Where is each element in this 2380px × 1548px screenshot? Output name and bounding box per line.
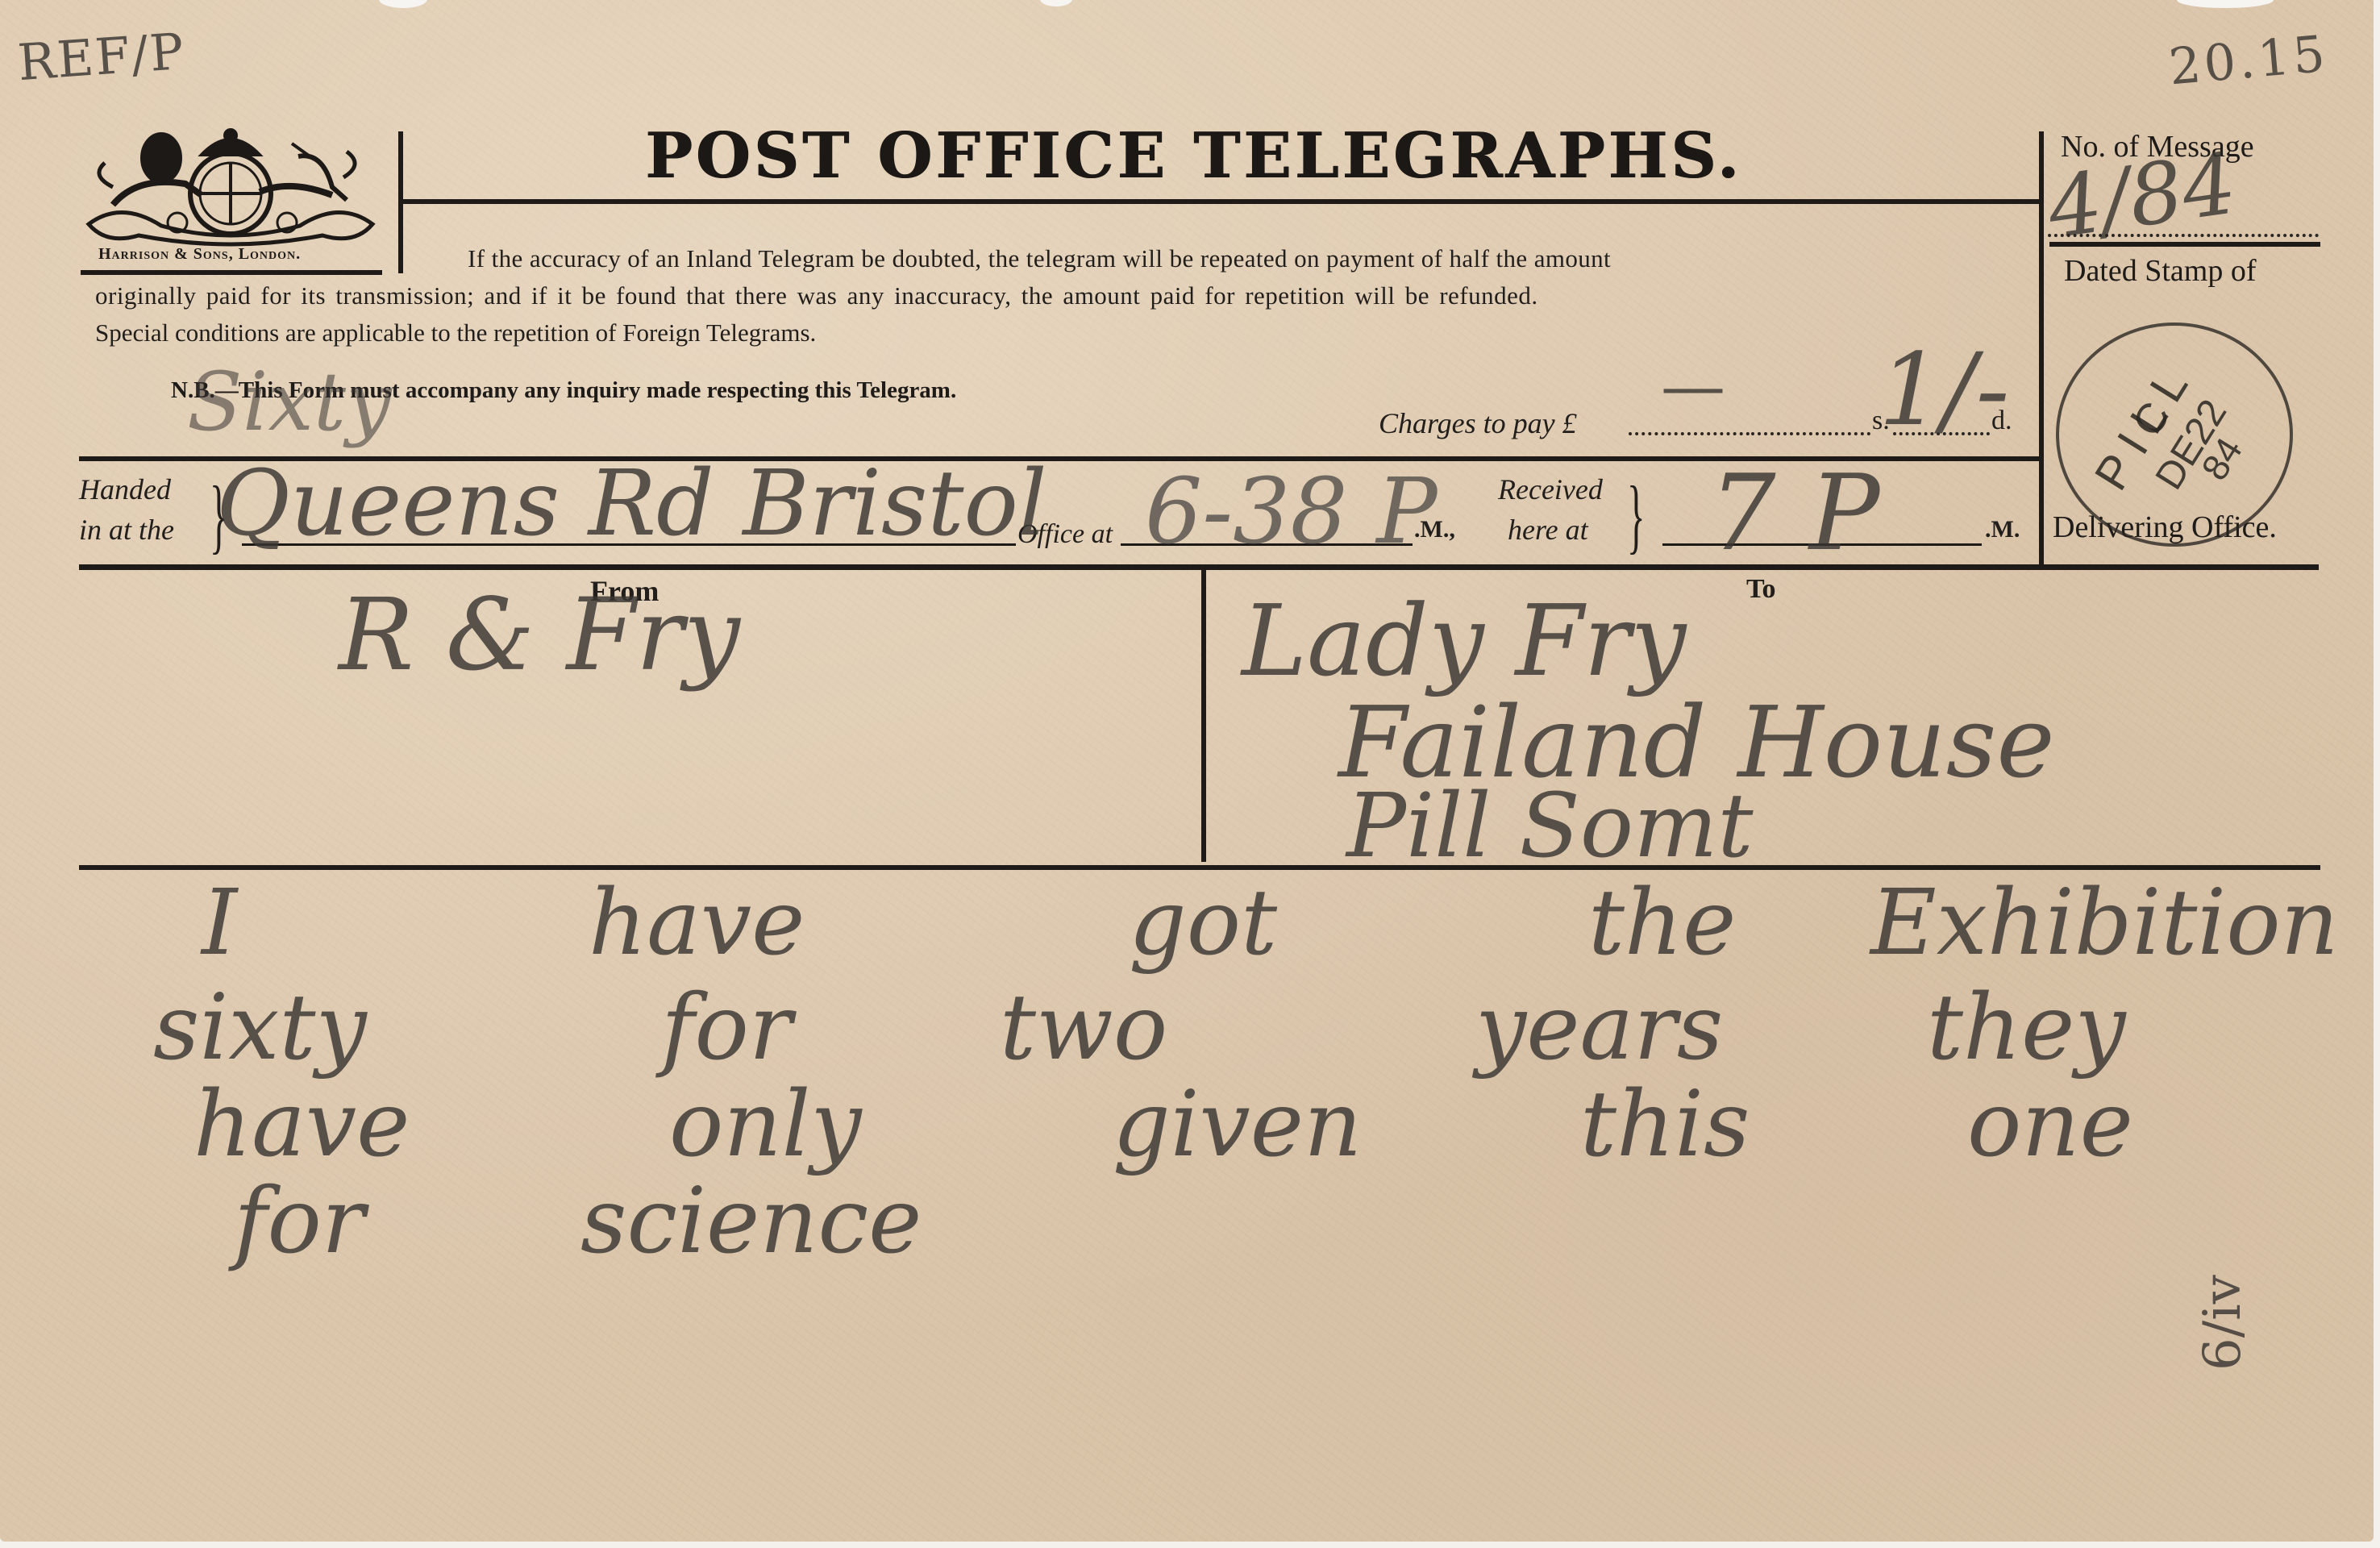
notice-line-1: If the accuracy of an Inland Telegram be…	[468, 240, 2024, 277]
from-to-divider	[1201, 567, 1206, 862]
msg-word: years	[1475, 976, 1723, 1080]
right-box-rule	[2049, 242, 2320, 247]
handed-in-bottom-rule	[79, 564, 2319, 570]
msg-word: got	[1129, 871, 1277, 976]
msg-word: science	[580, 1169, 922, 1274]
archive-mark-number: 20.15	[2166, 24, 2330, 97]
printer-credit: Harrison & Sons, London.	[98, 245, 301, 264]
msg-word: this	[1580, 1072, 1750, 1177]
to-line-1: Lady Fry	[1242, 584, 1686, 698]
to-label: To	[1746, 574, 1776, 605]
msg-word: two	[1000, 976, 1167, 1080]
notice-line-2: originally paid for its transmission; an…	[95, 277, 2024, 314]
handed-office-value: Queens Rd Bristol	[216, 451, 1047, 556]
msg-word: sixty	[153, 976, 367, 1080]
handed-time-value: 6-38 P	[1145, 460, 1438, 564]
received-label-line2: here at	[1508, 510, 1588, 550]
charges-pounds-value: —	[1661, 348, 1725, 423]
to-line-3: Pill Somt	[1346, 774, 1754, 877]
msg-word: I	[202, 871, 237, 976]
charges-label: Charges to pay £	[1379, 403, 1577, 443]
archive-mark-ref: REF/P	[16, 22, 187, 92]
msg-word: Exhibition	[1870, 871, 2339, 976]
paper-tear	[379, 0, 427, 8]
msg-word: the	[1588, 871, 1736, 976]
handed-scribble: Sixty	[187, 355, 392, 449]
form-title: POST OFFICE TELEGRAPHS.	[645, 119, 1742, 193]
received-time-suffix: .M.	[1985, 516, 2020, 543]
received-time-value: 7 P	[1709, 451, 1880, 574]
from-value: R & Fry	[339, 577, 740, 693]
handed-label-line1: Handed	[79, 469, 171, 510]
handed-label-line2: in at the	[79, 510, 174, 550]
charges-pounds-field-2[interactable]	[1751, 427, 1870, 435]
royal-coat-of-arms-icon	[81, 127, 381, 248]
paper-tear	[2177, 0, 2274, 8]
archive-mark-rotated: 6/iv	[2193, 1275, 2253, 1371]
received-brace: }	[1627, 474, 1645, 558]
postmark-stamp: PILL C DE22 84	[2056, 322, 2293, 547]
title-rule	[403, 199, 2041, 204]
msg-word: have	[589, 871, 805, 976]
telegram-form: REF/P 20.15 6/iv Harrison &	[0, 0, 2374, 1542]
received-label-line1: Received	[1498, 469, 1603, 510]
msg-word: for	[661, 976, 792, 1080]
charges-shillings-value: 1/-	[1879, 332, 2010, 448]
charges-pounds-field[interactable]	[1629, 427, 1750, 435]
msg-word: only	[669, 1072, 862, 1177]
right-box-divider	[2039, 131, 2044, 567]
message-top-rule	[79, 865, 2320, 870]
paper-tear	[1040, 0, 1072, 6]
msg-word: have	[193, 1072, 410, 1177]
msg-word: one	[1967, 1072, 2133, 1177]
notice-line-3: Special conditions are applicable to the…	[95, 314, 1949, 352]
dated-stamp-label: Dated Stamp of	[2064, 253, 2257, 289]
message-number-field[interactable]	[2048, 231, 2319, 237]
msg-word: they	[1927, 976, 2126, 1080]
msg-word: for	[234, 1169, 364, 1274]
msg-word: given	[1113, 1072, 1362, 1177]
arms-underline	[81, 270, 382, 275]
